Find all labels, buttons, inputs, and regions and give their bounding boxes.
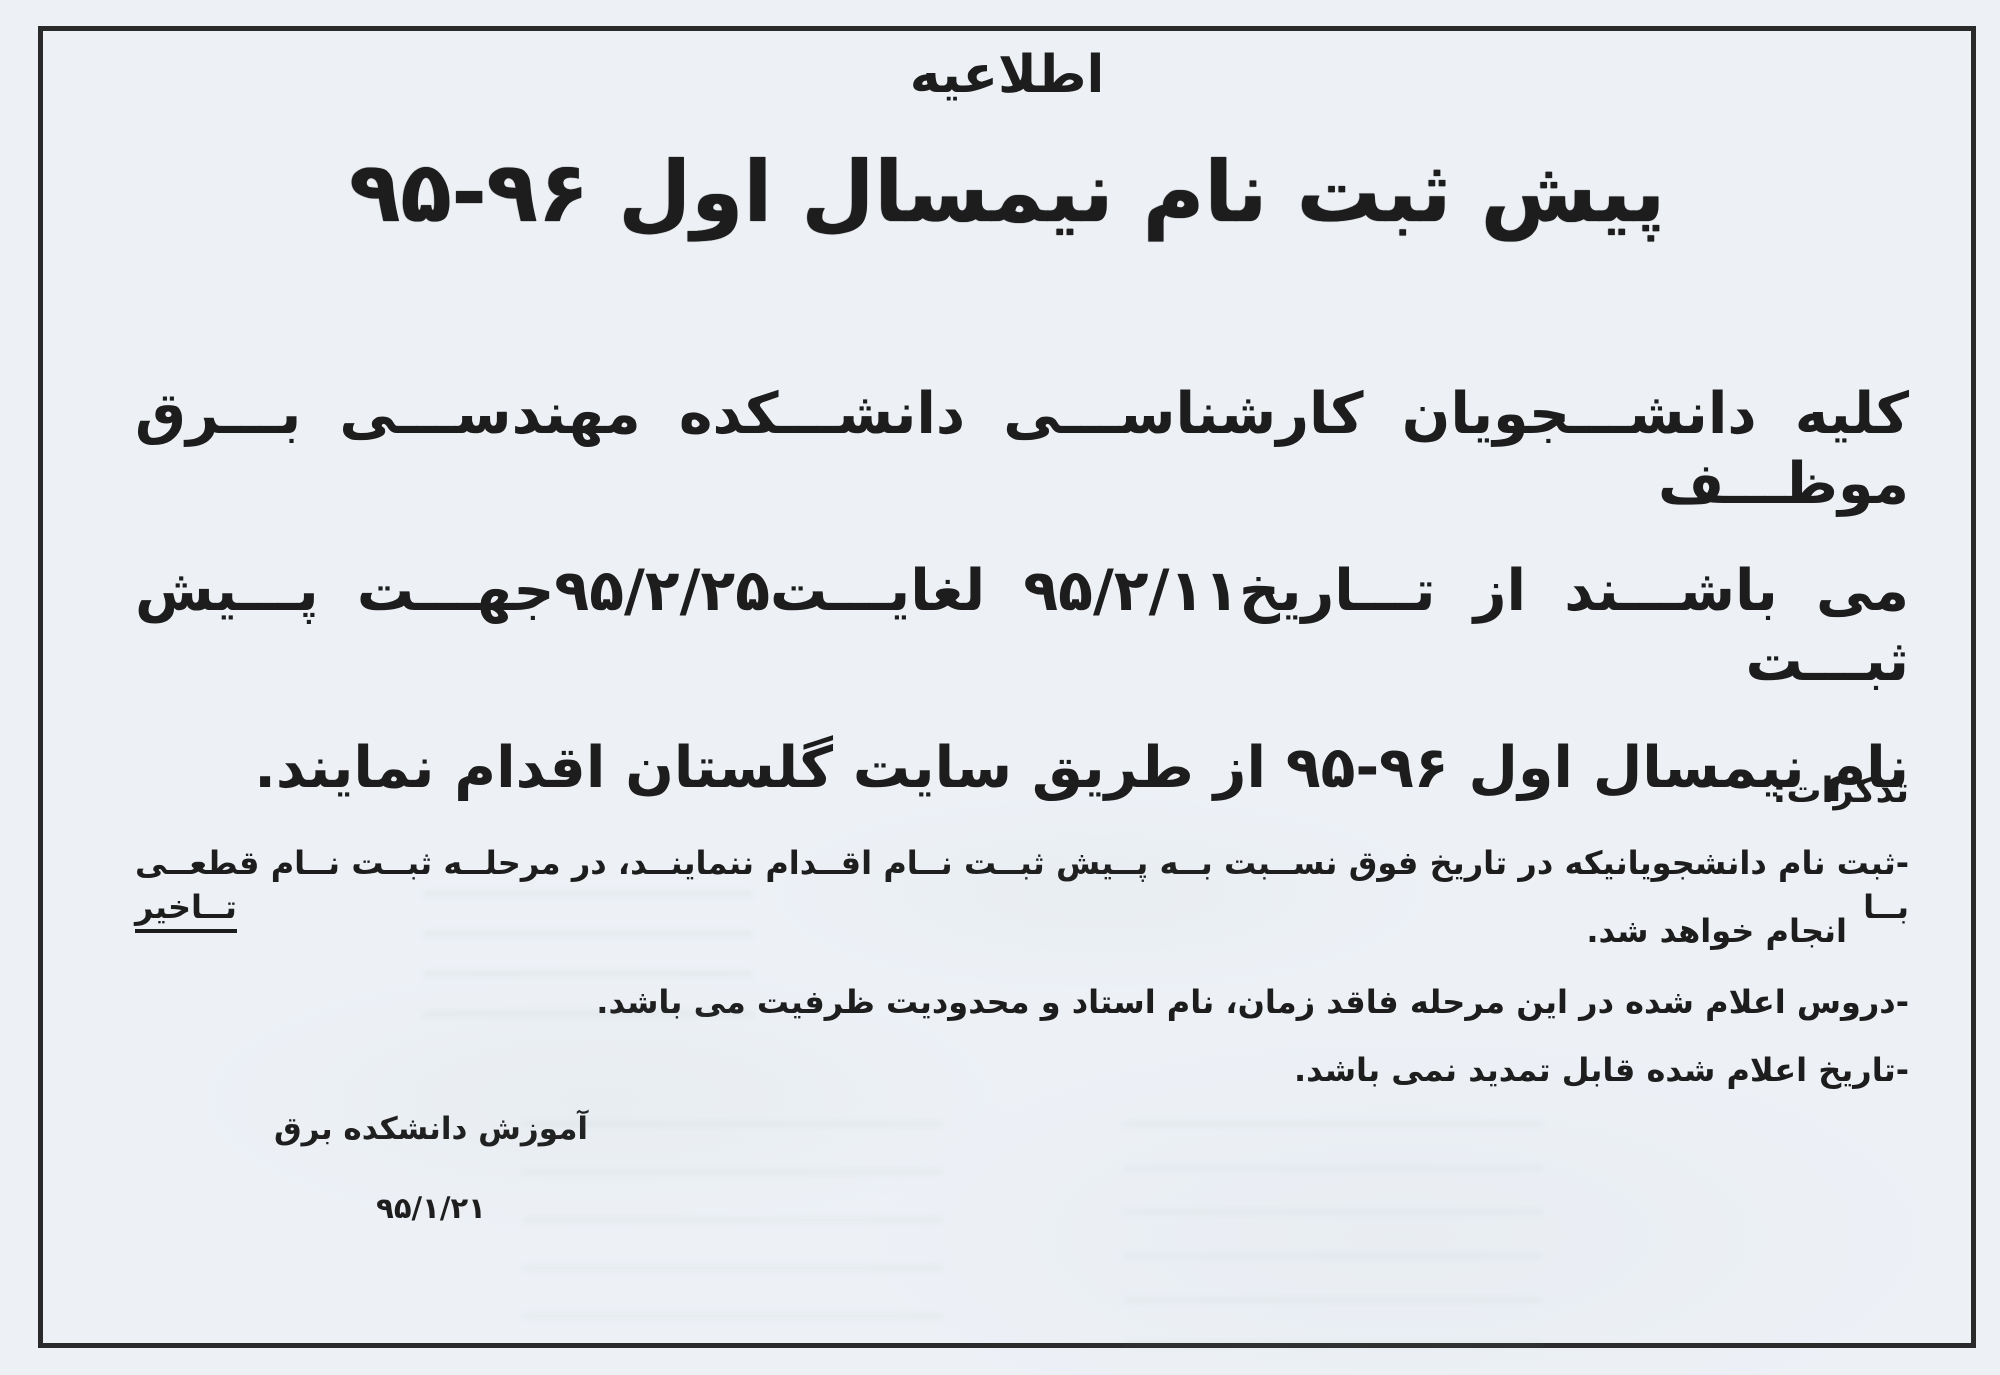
body-line-3: نام نیمسال اول ۹۶-۹۵ از طریق سایت گلستان… <box>135 733 1909 803</box>
notes-section-label: تذکرات: <box>1772 771 1909 811</box>
announcement-body: کلیه دانشـــجویان کارشناســـی دانشـــکده… <box>135 379 1909 840</box>
document-border-frame: اطلاعیه پیش ثبت نام نیمسال اول ۹۶-۹۵ کلی… <box>38 26 1976 1348</box>
body-line-1: کلیه دانشـــجویان کارشناســـی دانشـــکده… <box>135 379 1909 519</box>
signature-block: آموزش دانشکده برق ۹۵/۱/۲۱ <box>261 1111 601 1225</box>
note-3: -تاریخ اعلام شده قابل تمدید نمی باشد. <box>1294 1051 1909 1089</box>
document-title: اطلاعیه <box>43 45 1971 105</box>
body-line-2: می باشـــند از تـــاریخ۹۵/۲/۱۱ لغایـــت۹… <box>135 556 1909 696</box>
bleed-through-artifact <box>1123 1121 1543 1361</box>
scanned-announcement-page: اطلاعیه پیش ثبت نام نیمسال اول ۹۶-۹۵ کلی… <box>0 0 2000 1375</box>
signature-office: آموزش دانشکده برق <box>261 1111 601 1147</box>
signature-date: ۹۵/۱/۲۱ <box>261 1191 601 1225</box>
announcement-heading: پیش ثبت نام نیمسال اول ۹۶-۹۵ <box>43 143 1971 241</box>
note-2: -دروس اعلام شده در این مرحله فاقد زمان، … <box>596 983 1909 1021</box>
note-1-line-2: انجام خواهد شد. <box>1586 912 1847 950</box>
note-1-underlined-word: تــاخیر <box>135 888 237 933</box>
